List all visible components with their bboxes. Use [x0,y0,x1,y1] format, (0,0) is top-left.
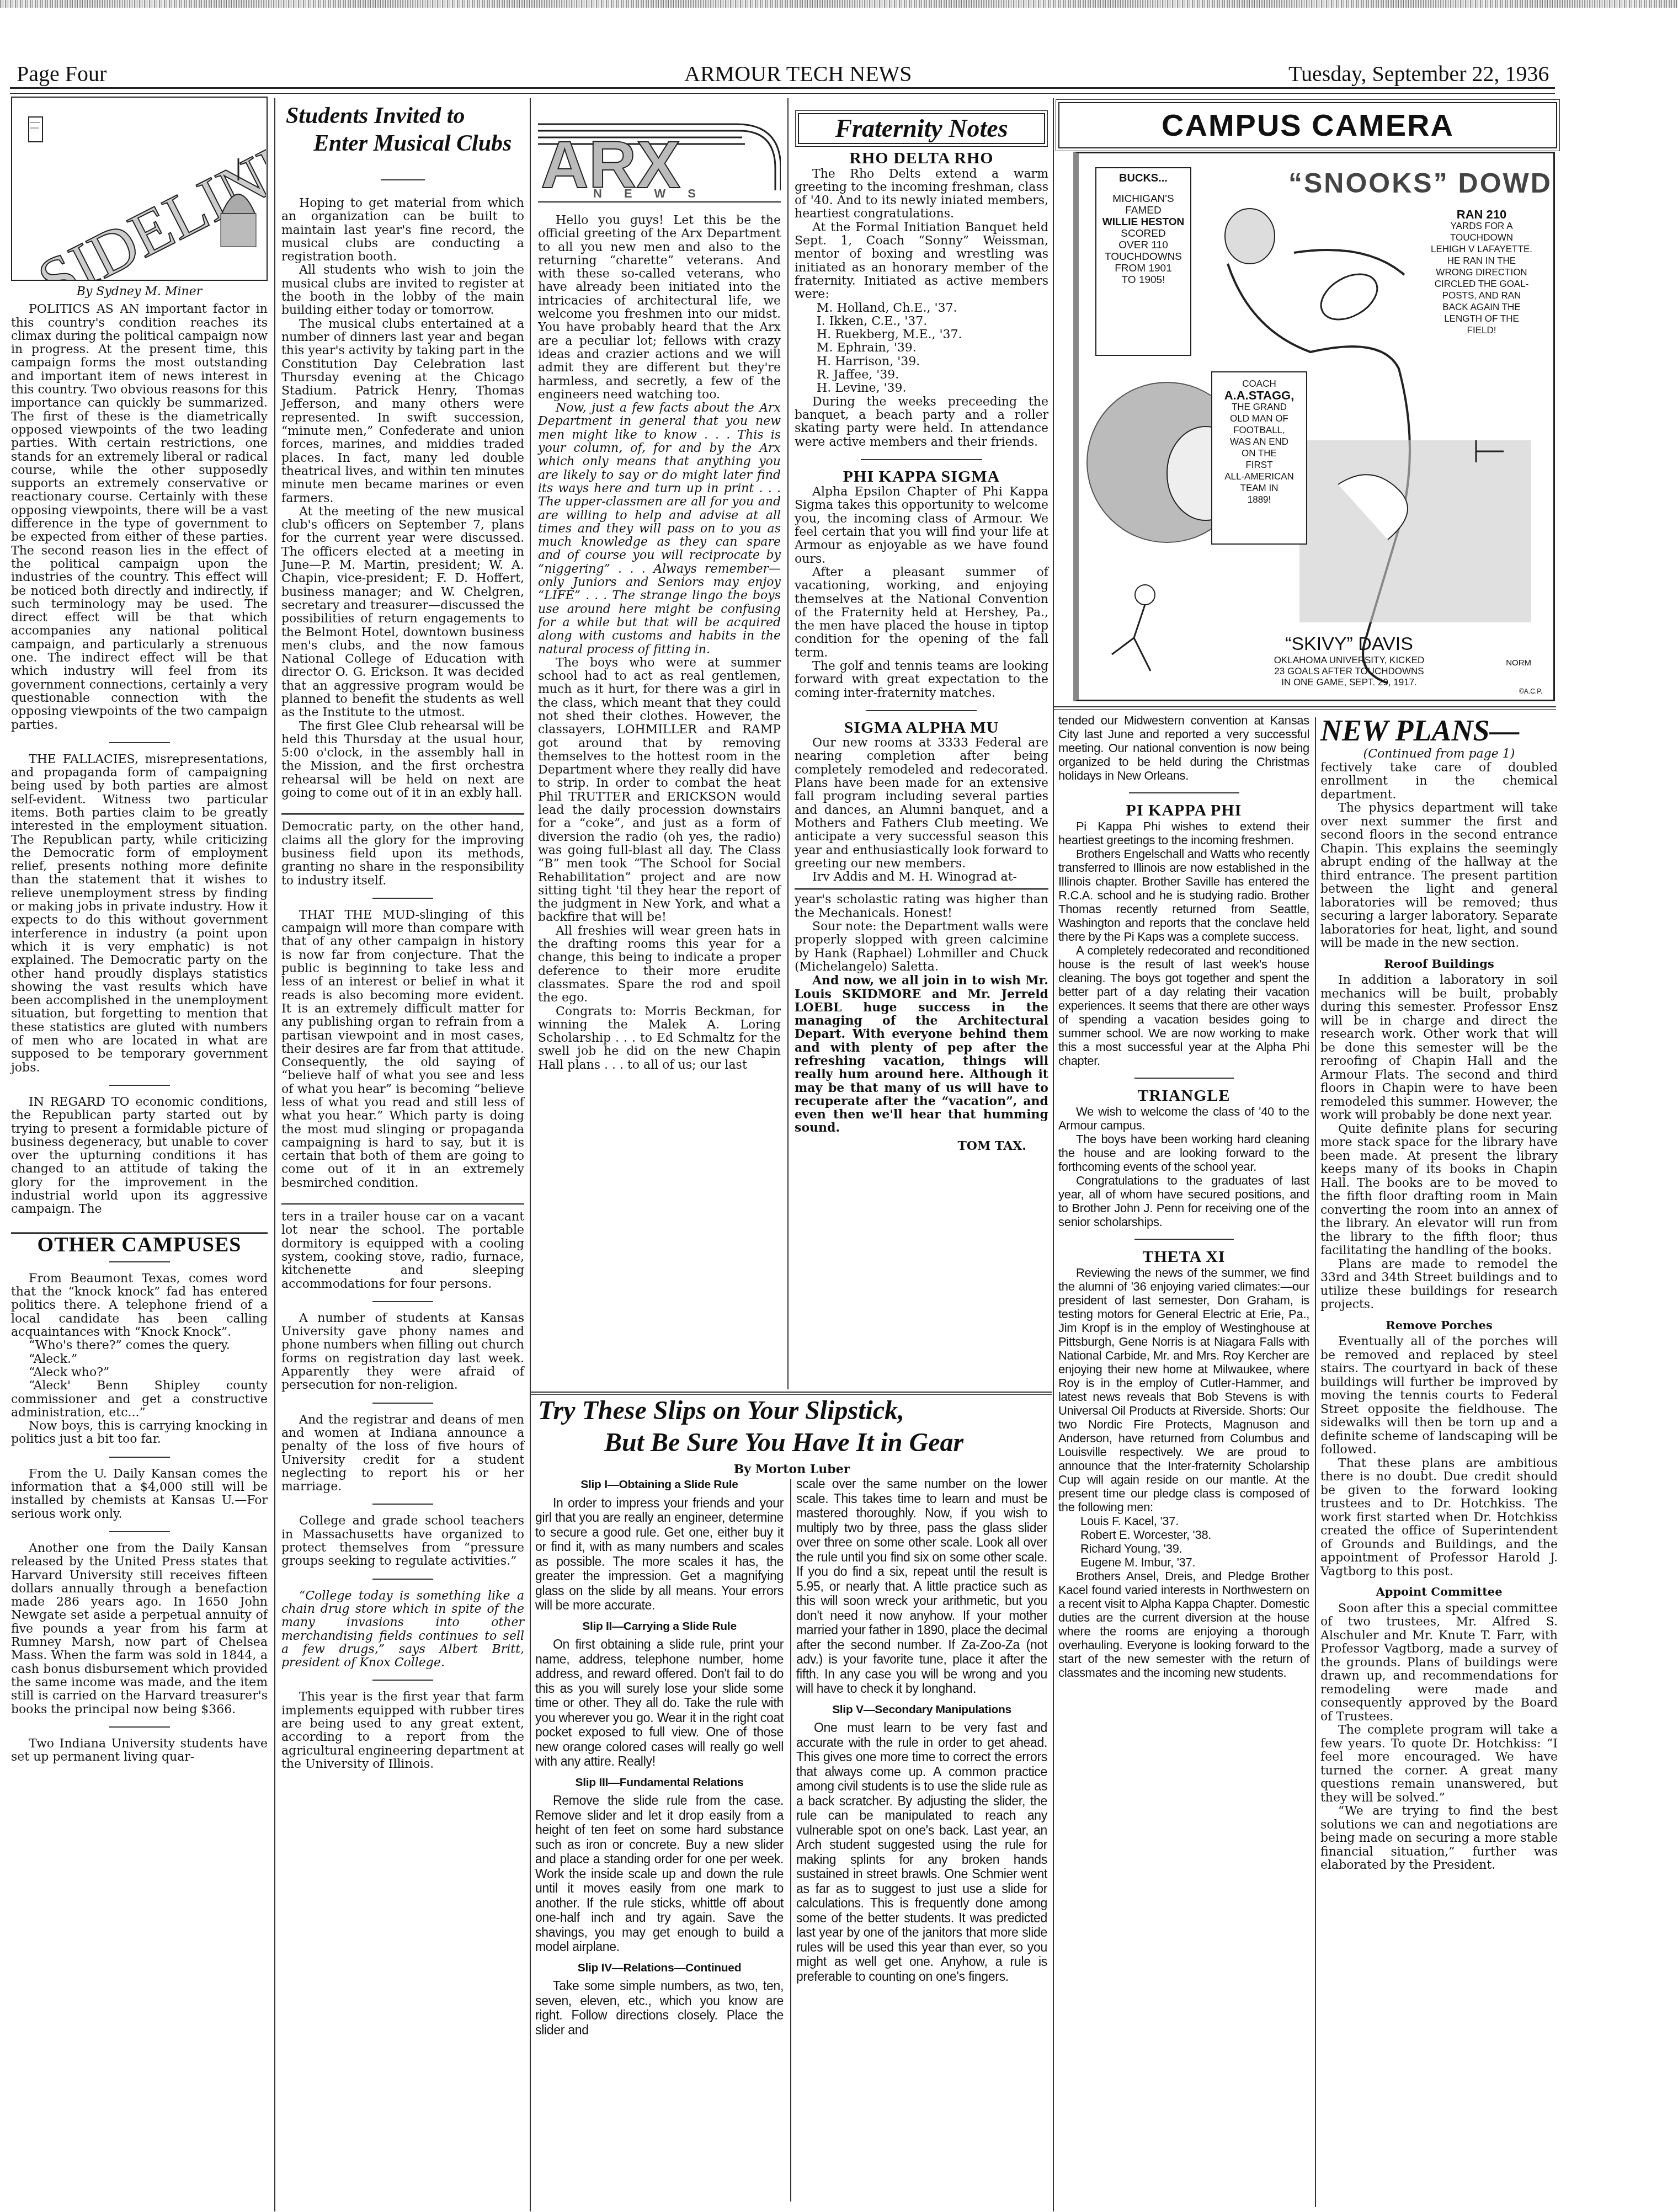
heston-caption: BUCKS... MICHIGAN'S FAMED WILLIE HESTON … [1095,167,1191,356]
campus-item: This year is the first year that farm im… [281,1691,524,1771]
fraternity-paragraph: Brothers Engelschall and Watts who recen… [1058,847,1309,944]
column-rule [1053,98,1054,2211]
slipstick-headline: Try These Slips on Your Slipstick, But B… [538,1395,1046,1459]
sidelines-logo-text: SIDELINES [27,109,266,280]
divider [372,1579,433,1580]
musical-clubs-column: Students Invited to Enter Musical Clubs … [281,97,524,1771]
masthead: Page Four ARMOUR TECH NEWS Tuesday, Sept… [11,61,1556,88]
fraternity-notes-heading: Fraternity Notes [798,113,1045,144]
arx-paragraph: Congrats to: Morris Beckman, for winning… [538,1005,781,1072]
fraternity-paragraph: During the weeks preceeding the banquet,… [795,396,1048,449]
slip-paragraph: Remove the slide rule from the case. Rem… [535,1793,784,1954]
musical-paragraph: All students who wish to join the musica… [281,264,524,317]
sidelines-masthead: SIDELINES [11,97,268,281]
new-plans-paragraph: Eventually all of the porches will be re… [1320,1335,1558,1457]
artist-signature: NORM [1506,658,1531,668]
campus-item: ters in a trailer house car on a vacant … [281,1211,524,1291]
slipstick-column-right: scale over the same number on the lower … [796,1477,1047,1984]
section-heading-sigma-alpha-mu: SIGMA ALPHA MU [795,721,1048,734]
slip-paragraph: In order to impress your friends and you… [535,1496,784,1613]
divider [109,1531,170,1532]
arx-news-logo: ARX NEWS [538,97,781,203]
new-plans-paragraph: In addition a laboratory in soil mechani… [1320,974,1558,1123]
fraternity-paragraph: The golf and tennis teams are looking fo… [795,660,1048,700]
fraternity-paragraph: We wish to welcome the class of '40 to t… [1058,1105,1309,1132]
divider [372,1403,433,1404]
fraternity-paragraph: At the Formal Initiation Banquet held Se… [795,221,1048,302]
subheading-reroof-buildings: Reroof Buildings [1320,957,1558,971]
scan-edge-noise [0,0,1678,8]
campus-item: Now boys, this is carrying knocking in p… [11,1420,268,1447]
slip-paragraph: One must learn to be very fast and accur… [796,1720,1047,1984]
continued-notice: (Continued from page 1) [1320,748,1558,761]
section-heading-phi-kappa-sigma: PHI KAPPA SIGMA [795,470,1048,483]
campus-item: From Beaumont Texas, comes word that the… [11,1272,268,1339]
sidelines-continued: Democratic party, on the other hand, cla… [281,820,524,887]
new-plans-paragraph: The physics department will take over ne… [1320,802,1558,951]
slip-paragraph: scale over the same number on the lower … [796,1477,1047,1696]
campus-item: “Aleck' Benn Shipley county commissioner… [11,1379,268,1420]
slipstick-column-left: Slip I—Obtaining a Slide Rule In order t… [535,1477,784,2037]
new-plans-paragraph: That these plans are ambitious there is … [1320,1457,1558,1579]
fraternity-paragraph: Reviewing the news of the summer, we fin… [1058,1266,1309,1514]
fraternity-paragraph: Alpha Epsilon Chapter of Phi Kappa Sigma… [795,486,1048,566]
divider [1134,1239,1234,1240]
divider [372,1680,433,1681]
section-rule [795,888,1048,890]
column-rule [1315,717,1316,2207]
fraternity-paragraph: The boys have been working hard cleaning… [1058,1132,1309,1174]
section-heading-theta-xi: THETA XI [1058,1250,1309,1264]
new-plans-paragraph: fectively take care of doubled enrollmen… [1320,761,1558,802]
member-list: M. Holland, Ch.E., '37. I. Ikken, C.E., … [795,302,1048,396]
sidelines-byline: By Sydney M. Miner [11,285,268,299]
snooks-dowd-title: “SNOOKS” DOWD [1288,167,1552,199]
slip-paragraph: Take some simple numbers, as two, ten, s… [535,1979,784,2037]
divider [109,1457,170,1458]
campus-item: “Aleck who?” [11,1366,268,1379]
copyright-notice: ©A.C.P. [1519,687,1542,695]
slip-heading: Slip II—Carrying a Slide Rule [535,1619,784,1634]
new-plans-paragraph: Quite definite plans for securing more s… [1320,1123,1558,1258]
campus-item: A number of students at Kansas Universit… [281,1312,524,1393]
new-plans-column: NEW PLANS— (Continued from page 1) fecti… [1320,713,1558,1873]
newspaper-title: ARMOUR TECH NEWS [684,61,912,87]
campus-item: And the registrar and deans of men and w… [281,1414,524,1494]
column-rule [787,98,789,1389]
subheading-remove-porches: Remove Porches [1320,1319,1558,1332]
arx-column: ARX NEWS Hello you guys! Let this be the… [538,97,781,1072]
fraternity-paragraph: Brothers Ansel, Dreis, and Pledge Brothe… [1058,1569,1309,1680]
slip-heading: Slip I—Obtaining a Slide Rule [535,1478,784,1493]
arx-paragraph: All freshies will wear green hats in the… [538,925,781,1005]
musical-clubs-headline: Students Invited to Enter Musical Clubs [286,102,524,157]
campus-camera-cartoon: BUCKS... MICHIGAN'S FAMED WILLIE HESTON … [1073,152,1555,701]
campus-item: Another one from the Daily Kansan releas… [11,1542,268,1717]
column-rule [274,98,275,2211]
campus-camera-heading: CAMPUS CAMERA [1058,102,1557,148]
campus-item: “Who's there?” comes the query. [11,1339,268,1352]
sidelines-paragraph: IN REGARD TO economic conditions, the Re… [11,1096,268,1217]
campus-item: “Aleck.” [11,1353,268,1366]
fraternity-paragraph: Congratulations to the graduates of last… [1058,1174,1309,1229]
musical-paragraph: Hoping to get material from which an org… [281,197,524,264]
slip-paragraph: On first obtaining a slide rule, print y… [535,1637,784,1769]
section-heading-pi-kappa-phi: PI KAPPA PHI [1058,803,1309,817]
pledge-list: Louis F. Kacel, '37. Robert E. Worcester… [1058,1514,1309,1569]
arx-continued: And now, we all join in to wish Mr. Loui… [795,974,1048,1135]
section-rule [281,813,524,815]
divider [1134,1078,1234,1079]
dowd-caption: RAN 210 YARDS FOR A TOUCHDOWN LEHIGH V L… [1421,209,1542,336]
campus-item: College and grade school teachers in Mas… [281,1515,524,1568]
slipstick-byline: By Morton Luber [538,1462,1046,1477]
new-plans-paragraph: Soon after this a special committee of t… [1320,1602,1558,1724]
divider [109,1726,170,1728]
section-heading-rho-delta-rho: RHO DELTA RHO [795,152,1048,165]
fraternity-paragraph: After a pleasant summer of vacationing, … [795,566,1048,660]
column-rule [530,98,531,2211]
sidelines-continued: THAT THE MUD-slinging of this campaign w… [281,909,524,1190]
arx-paragraph: Hello you guys! Let this be the official… [538,214,781,402]
page-number: Page Four [17,61,106,87]
column-rule [790,1479,791,2202]
fraternity-column: Fraternity Notes RHO DELTA RHO The Rho D… [795,97,1048,1153]
divider [109,742,170,743]
masthead-rule [10,87,1555,94]
divider [372,898,433,899]
arx-continued: Sour note: the Department walls were pro… [795,920,1048,974]
sidelines-column: SIDELINES By Sydney M. Miner POLITICS AS… [11,97,268,1764]
davis-caption: “SKIVY” DAVIS OKLAHOMA UNIVERSITY, KICKE… [1250,633,1448,688]
arx-paragraph: Now, just a few facts about the Arx Depa… [538,402,781,657]
fraternity-paragraph: Irv Addis and M. H. Winograd at- [795,871,1048,884]
musical-paragraph: The first Glee Club rehearsal will be he… [281,720,524,801]
musical-paragraph: At the meeting of the new musical club's… [281,505,524,720]
arx-logo-subtext: NEWS [593,187,718,200]
fraternity-paragraph: Our new rooms at 3333 Federal are nearin… [795,737,1048,871]
slip-heading: Slip V—Secondary Manipulations [796,1703,1047,1718]
section-rule [1054,706,1556,710]
divider [866,710,977,711]
arx-paragraph: The boys who were at summer school had t… [538,657,781,925]
campus-item: “College today is something like a chain… [281,1590,524,1670]
divider [109,1261,170,1262]
campus-item: Two Indiana University students have set… [11,1737,268,1765]
sidelines-paragraph: POLITICS AS AN important factor in this … [11,303,268,732]
fraternity-paragraph: The Rho Delts extend a warm greeting to … [795,168,1048,221]
arx-signature: TOM TAX. [795,1139,1048,1153]
subheading-appoint-committee: Appoint Committee [1320,1585,1558,1599]
sidelines-paragraph: THE FALLACIES, misrepresentations, and p… [11,753,268,1075]
slip-heading: Slip IV—Relations—Continued [535,1961,784,1976]
new-plans-paragraph: The complete program will take a few yea… [1320,1724,1558,1805]
divider [372,1301,433,1302]
arx-logo-icon: ARX [538,97,781,201]
fraternity-paragraph: Pi Kappa Phi wishes to extend their hear… [1058,819,1309,847]
musical-paragraph: The musical clubs entertained at a numbe… [281,318,524,505]
divider [372,1504,433,1505]
divider [1129,792,1239,793]
campus-item: From the U. Daily Kansan comes the infor… [11,1468,268,1521]
arx-continued: year's scholastic rating was higher than… [795,893,1048,920]
slip-heading: Slip III—Fundamental Relations [535,1776,784,1790]
stagg-caption: COACH A.A.STAGG, THE GRAND OLD MAN OF FO… [1211,371,1307,545]
section-heading-triangle: TRIANGLE [1058,1089,1309,1102]
section-rule [281,1203,524,1205]
fraternity-paragraph: A completely redecorated and recondition… [1058,944,1309,1068]
new-plans-heading: NEW PLANS— [1320,713,1558,748]
divider [109,1085,170,1086]
fraternity-paragraph: tended our Midwestern convention at Kans… [1058,713,1309,782]
new-plans-paragraph: Plans are made to remodel the 33rd and 3… [1320,1258,1558,1312]
fraternity-continued-column: tended our Midwestern convention at Kans… [1058,713,1309,1680]
issue-date: Tuesday, September 22, 1936 [1288,61,1549,87]
divider [381,179,425,180]
capitol-dome-icon: SIDELINES [12,98,266,280]
other-campuses-heading: OTHER CAMPUSES [11,1238,268,1251]
divider [861,459,982,460]
new-plans-paragraph: “We are trying to find the best solution… [1320,1805,1558,1873]
